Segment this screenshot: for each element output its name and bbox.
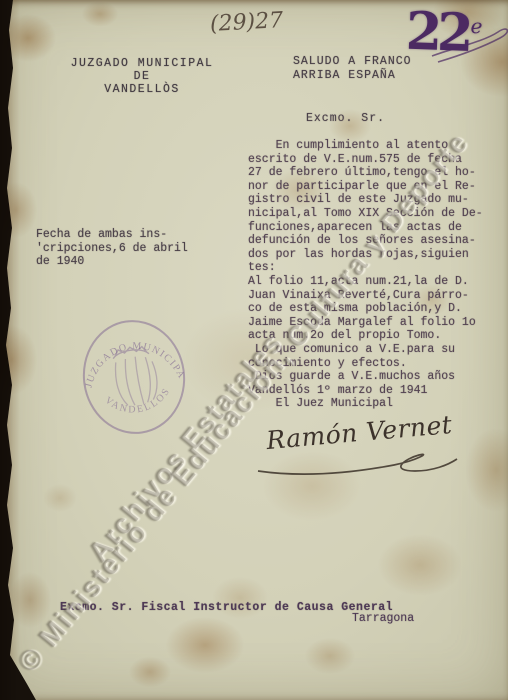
letter-body: En cumplimiento al atento escrito de V.E…: [248, 139, 492, 411]
svg-text:VANDELLOS: VANDELLOS: [101, 384, 175, 420]
footer-city: Tarragona: [352, 612, 414, 626]
handwritten-register-number: (29)27: [209, 8, 283, 37]
letterhead-office: JUZGADO MUNICIPAL DE VANDELLÒS: [62, 57, 222, 96]
signature-flourish: [252, 444, 462, 480]
letterhead-slogan: SALUDO A FRANCO ARRIBA ESPAÑA: [293, 55, 412, 82]
pen-swash-decoration: [428, 18, 508, 68]
letter-salutation: Excmo. Sr.: [306, 112, 385, 126]
oval-stamp-bottom-text: VANDELLOS: [101, 384, 175, 420]
document-scan: (29)27 22e JUZGADO MUNICIPAL DE VANDELLÒ…: [0, 0, 508, 700]
oval-rubber-stamp: JUZGADO MUNICIPAL VANDELLOS: [70, 309, 198, 445]
footer-addressee: Excmo. Sr. Fiscal Instructor de Causa Ge…: [60, 601, 393, 615]
margin-note: Fecha de ambas ins- 'cripciones,6 de abr…: [36, 228, 188, 269]
